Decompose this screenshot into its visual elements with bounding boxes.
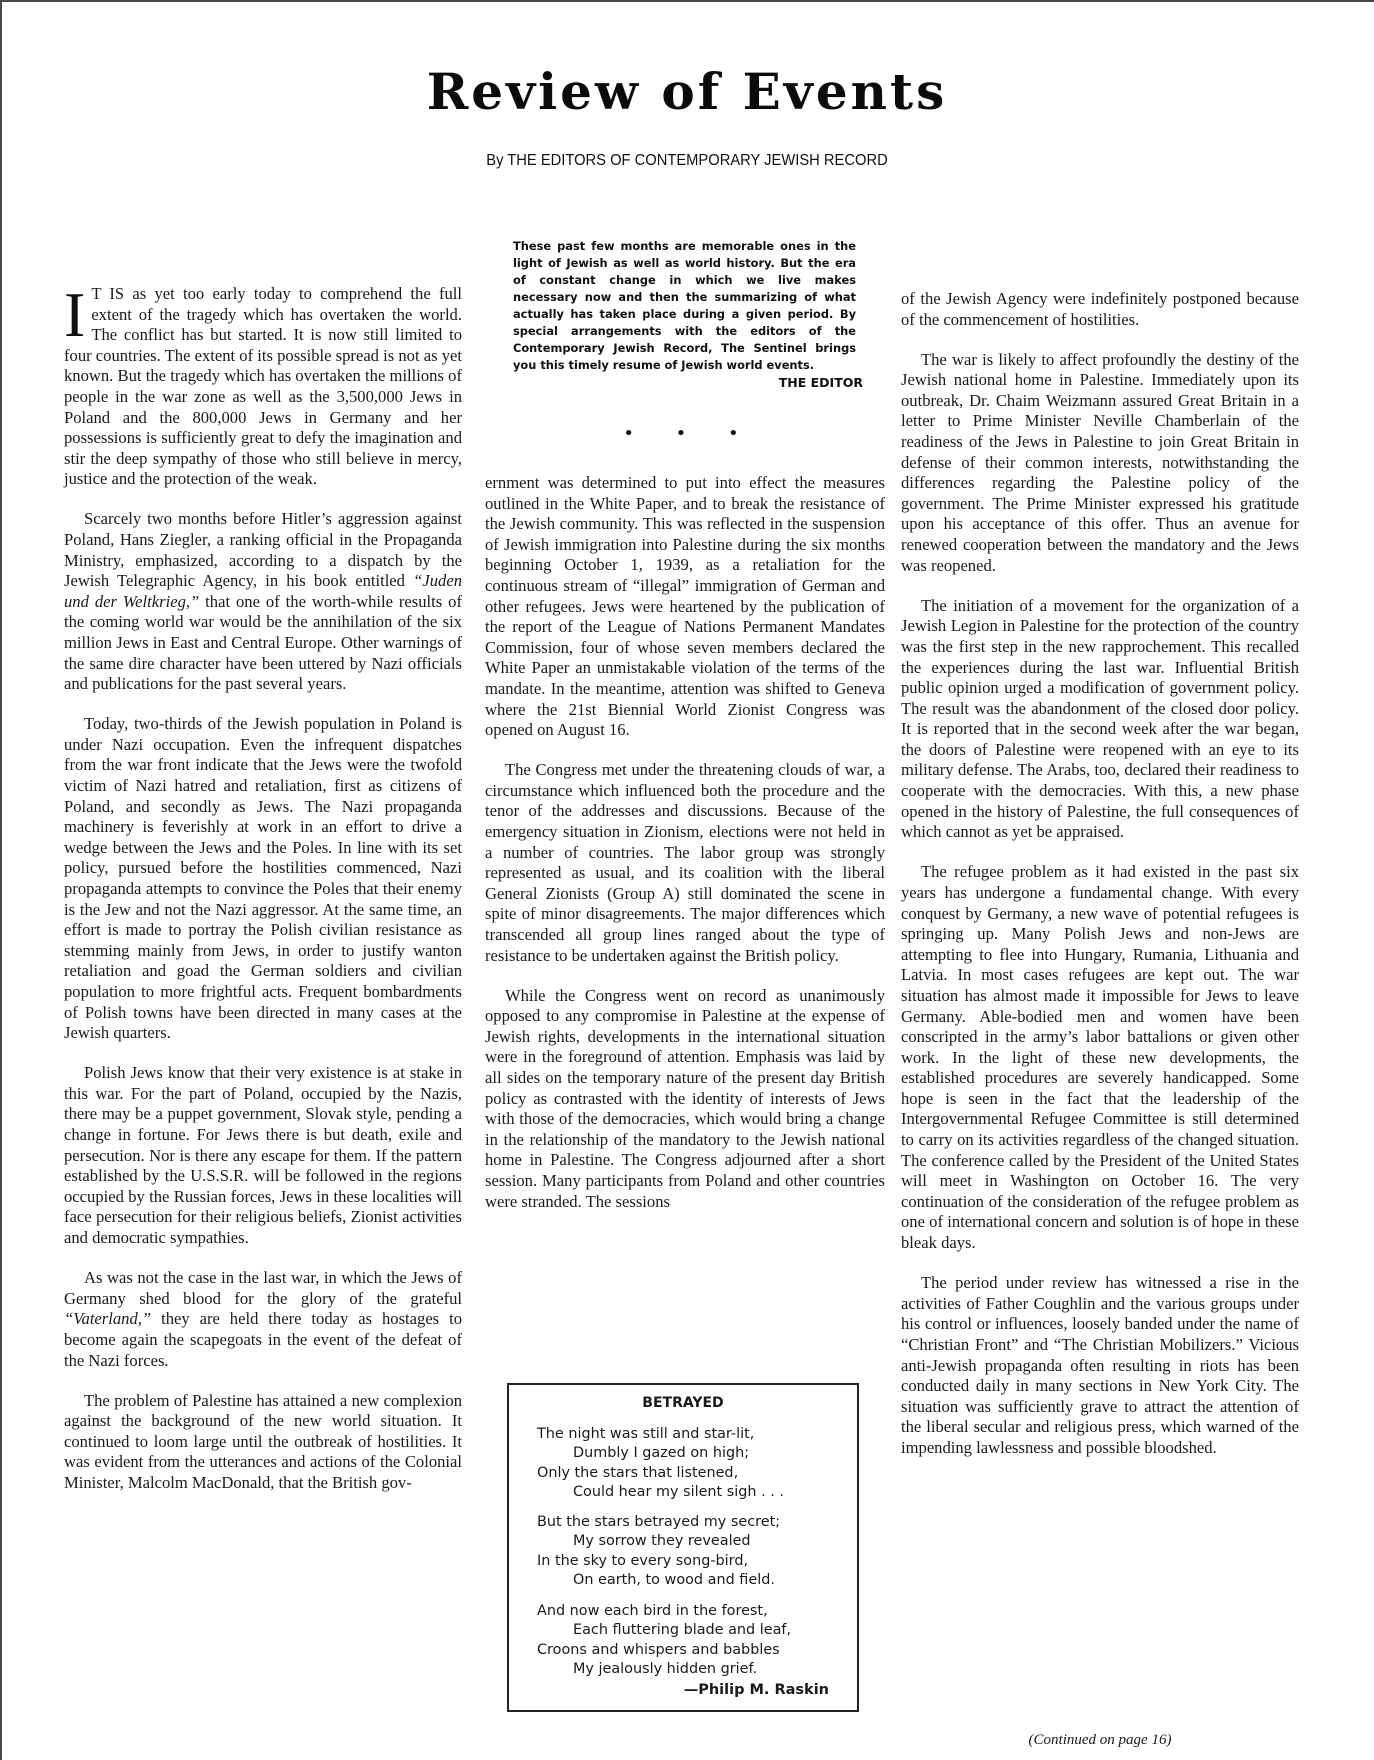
- poem-line: Dumbly I gazed on high;: [537, 1444, 847, 1463]
- paragraph: The problem of Palestine has attained a …: [64, 1391, 462, 1494]
- poem-line: In the sky to every song-bird,: [537, 1552, 847, 1571]
- paragraph: As was not the case in the last war, in …: [64, 1268, 462, 1371]
- paragraph-text: T IS as yet too early today to comprehen…: [64, 284, 462, 488]
- poem-box: BETRAYED The night was still and star-li…: [507, 1383, 859, 1712]
- poem-stanza: And now each bird in the forest, Each fl…: [537, 1602, 847, 1680]
- poem-line: Only the stars that listened,: [537, 1464, 847, 1483]
- paragraph-text: As was not the case in the last war, in …: [64, 1268, 462, 1308]
- poem-line: The night was still and star-lit,: [537, 1425, 847, 1444]
- page-border-left: [0, 0, 2, 1760]
- page-title: Review of Events: [0, 62, 1374, 121]
- editor-signature: THE EDITOR: [513, 375, 863, 390]
- paragraph: Scarcely two months before Hitler’s aggr…: [64, 509, 462, 694]
- paragraph-text: Scarcely two months before Hitler’s aggr…: [64, 509, 462, 590]
- continued-on-page-link[interactable]: (Continued on page 16): [901, 1732, 1299, 1749]
- editor-intro-note: These past few months are memorable ones…: [513, 238, 856, 374]
- byline: By THE EDITORS OF CONTEMPORARY JEWISH RE…: [34, 152, 1339, 170]
- poem-stanza: But the stars betrayed my secret; My sor…: [537, 1513, 847, 1591]
- poem-line: On earth, to wood and field.: [537, 1571, 847, 1590]
- poem-line: Each fluttering blade and leaf,: [537, 1621, 847, 1640]
- article-column-right: of the Jewish Agency were indefinitely p…: [901, 289, 1299, 1478]
- paragraph: While the Congress went on record as una…: [485, 986, 885, 1213]
- paragraph: The initiation of a movement for the org…: [901, 596, 1299, 843]
- paragraph: Today, two-thirds of the Jewish populati…: [64, 714, 462, 1044]
- section-separator: • • •: [480, 423, 900, 444]
- article-column-left: IT IS as yet too early today to comprehe…: [64, 284, 462, 1513]
- poem-author: —Philip M. Raskin: [684, 1682, 829, 1698]
- poem-line: But the stars betrayed my secret;: [537, 1513, 847, 1532]
- paragraph: of the Jewish Agency were indefinitely p…: [901, 289, 1299, 330]
- poem-line: Croons and whispers and babbles: [537, 1641, 847, 1660]
- poem-line: My sorrow they revealed: [537, 1532, 847, 1551]
- italic-term: “Vaterland,”: [64, 1309, 151, 1328]
- poem-line: And now each bird in the forest,: [537, 1602, 847, 1621]
- paragraph: The war is likely to affect profoundly t…: [901, 350, 1299, 577]
- poem-title: BETRAYED: [509, 1395, 857, 1411]
- paragraph-opening: IT IS as yet too early today to comprehe…: [64, 284, 462, 490]
- paragraph: The refugee problem as it had existed in…: [901, 862, 1299, 1253]
- drop-cap: I: [64, 288, 85, 342]
- paragraph: Polish Jews know that their very existen…: [64, 1063, 462, 1248]
- page-border-top: [0, 0, 1374, 2]
- paragraph: ernment was determined to put into effec…: [485, 473, 885, 741]
- poem-stanza: The night was still and star-lit, Dumbly…: [537, 1425, 847, 1503]
- poem-line: Could hear my silent sigh . . .: [537, 1483, 847, 1502]
- poem-line: My jealously hidden grief.: [537, 1660, 847, 1679]
- paragraph: The period under review has witnessed a …: [901, 1273, 1299, 1458]
- paragraph: The Congress met under the threatening c…: [485, 760, 885, 966]
- article-column-middle: ernment was determined to put into effec…: [485, 473, 885, 1232]
